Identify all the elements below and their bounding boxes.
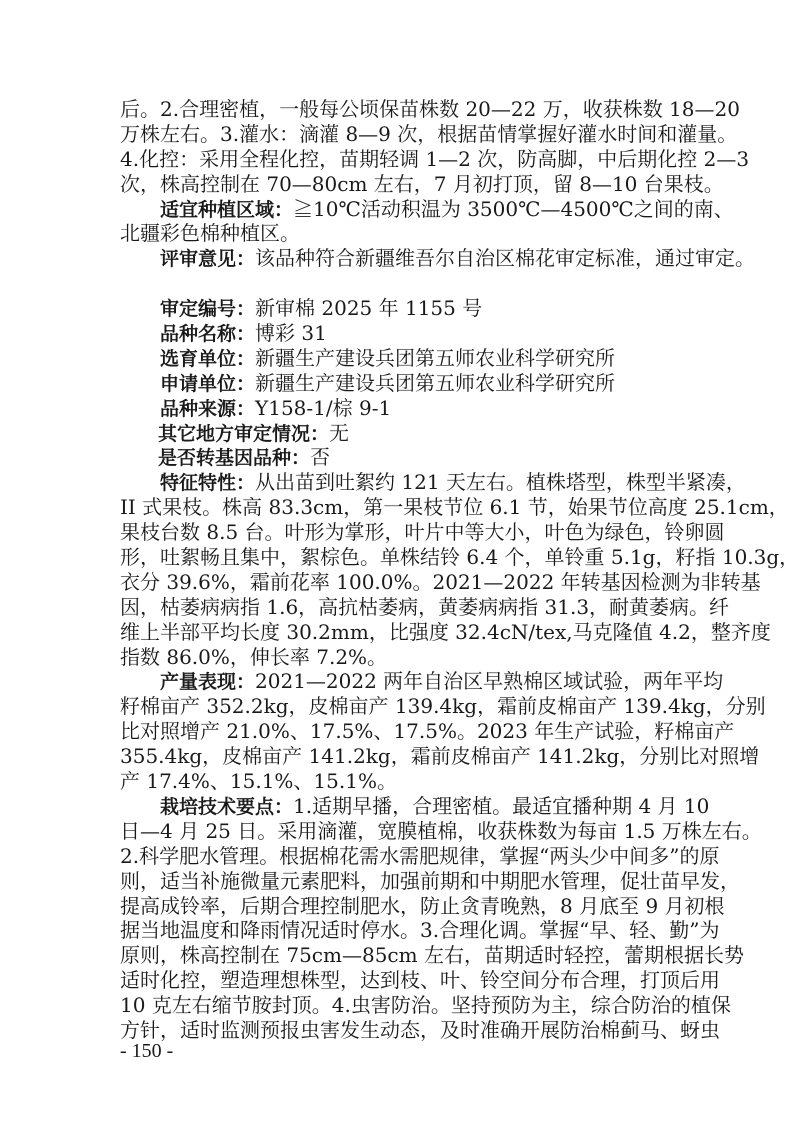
approval-no-value: 新审棉 2025 年 1155 号 [255,296,482,320]
text-line: 适宜种植区域：≧10℃活动积温为 3500℃—4500℃之间的南、 [120,197,673,222]
prev-cultivation-tail: 后。2.合理密植，一般每公顷保苗株数 20—22 万，收获株数 18—20 万株… [120,97,673,197]
text-line: 万株左右。3.灌水：滴灌 8—9 次，根据苗情掌握好灌水时间和灌量。 [120,122,673,147]
variety-name-value: 博彩 31 [255,321,327,345]
text-line: 2.科学肥水管理。根据棉花需水需肥规律，掌握“两头少中间多”的原 [120,844,673,869]
text-line: 据当地温度和降雨情况适时停水。3.合理化调。掌握“早、轻、勤”为 [120,918,673,943]
page-number: - 150 - [120,1040,173,1063]
other-approval-label: 其它地方审定情况： [158,423,329,445]
text-line: 产量表现：2021—2022 两年自治区早熟棉区域试验，两年平均 [120,669,673,694]
breeder-value: 新疆生产建设兵团第五师农业科学研究所 [255,346,615,370]
source-row: 品种来源：Y158-1/棕 9-1 [120,396,673,421]
review-label: 评审意见： [160,248,255,270]
text-line: 则，适当补施微量元素肥料，加强前期和中期肥水管理，促壮苗早发， [120,869,673,894]
text-line: II 式果枝。株高 83.3cm，第一果枝节位 6.1 节，始果节位高度 25.… [120,495,673,520]
text-span: 从出苗到吐絮约 121 天左右。植株塔型，株型半紧凑， [255,470,746,494]
text-line: 因，枯萎病病指 1.6，高抗枯萎病，黄萎病病指 31.3，耐黄萎病。纤 [120,595,673,620]
text-line: 4.化控：采用全程化控，苗期轻调 1—2 次，防高脚，中后期化控 2—3 [120,147,673,172]
breeder-row: 选育单位：新疆生产建设兵团第五师农业科学研究所 [120,346,673,371]
applicant-row: 申请单位：新疆生产建设兵团第五师农业科学研究所 [120,371,673,396]
text-line: 355.4kg，皮棉亩产 141.2kg，霜前皮棉亩产 141.2kg，分别比对… [120,744,673,769]
text-line: 果枝台数 8.5 台。叶形为掌形，叶片中等大小，叶色为绿色，铃卵圆 [120,520,673,545]
text-line: 栽培技术要点：1.适期早播，合理密植。最适宜播种期 4 月 10 [120,794,673,819]
text-line: 衣分 39.6%，霜前花率 100.0%。2021—2022 年转基因检测为非转… [120,570,673,595]
text-line: 形，吐絮畅且集中，絮棕色。单株结铃 6.4 个，单铃重 5.1g，籽指 10.3… [120,545,673,570]
review-text: 该品种符合新疆维吾尔自治区棉花审定标准，通过审定。 [255,246,755,270]
transgenic-value: 否 [310,445,330,469]
text-span: 1.适期早播，合理密植。最适宜播种期 4 月 10 [293,794,709,818]
region-text: ≧10℃活动积温为 3500℃—4500℃之间的南、 [293,197,734,221]
review-paragraph: 评审意见：该品种符合新疆维吾尔自治区棉花审定标准，通过审定。 [120,246,673,271]
text-line: 指数 86.0%，伸长率 7.2%。 [120,645,673,670]
text-line: 10 克左右缩节胺封顶。4.虫害防治。坚持预防为主，综合防治的植保 [120,993,673,1018]
region-paragraph: 适宜种植区域：≧10℃活动积温为 3500℃—4500℃之间的南、 北疆彩色棉种… [120,197,673,247]
other-approval-value: 无 [329,421,349,445]
breeder-label: 选育单位： [160,348,255,370]
variety-name-label: 品种名称： [160,323,255,345]
cultivation-label: 栽培技术要点： [160,796,293,818]
source-label: 品种来源： [160,398,255,420]
characteristics-paragraph: 特征特性：从出苗到吐絮约 121 天左右。植株塔型，株型半紧凑， II 式果枝。… [120,470,673,669]
transgenic-row: 是否转基因品种：否 [120,445,673,470]
approval-no-row: 审定编号：新审棉 2025 年 1155 号 [120,296,673,321]
applicant-value: 新疆生产建设兵团第五师农业科学研究所 [255,371,615,395]
yield-label: 产量表现： [160,671,255,693]
text-line: 日—4 月 25 日。采用滴灌，宽膜植棉，收获株数为每亩 1.5 万株左右。 [120,819,673,844]
variety-name-row: 品种名称：博彩 31 [120,321,673,346]
document-page: 后。2.合理密植，一般每公顷保苗株数 20—22 万，收获株数 18—20 万株… [120,97,673,1043]
applicant-label: 申请单位： [160,373,255,395]
other-approval-row: 其它地方审定情况：无 [120,421,673,446]
approval-no-label: 审定编号： [160,298,255,320]
entry-header: 审定编号：新审棉 2025 年 1155 号 品种名称：博彩 31 选育单位：新… [120,296,673,470]
text-line: 特征特性：从出苗到吐絮约 121 天左右。植株塔型，株型半紧凑， [120,470,673,495]
text-line: 维上半部平均长度 30.2mm，比强度 32.4cN/tex,马克隆值 4.2，… [120,620,673,645]
text-span: 2021—2022 两年自治区早熟棉区域试验，两年平均 [255,669,723,693]
text-line: 产 17.4%、15.1%、15.1%。 [120,769,673,794]
text-line: 提高成铃率，后期合理控制肥水，防止贪青晚熟，8 月底至 9 月初根 [120,894,673,919]
text-line: 比对照增产 21.0%、17.5%、17.5%。2023 年生产试验，籽棉亩产 [120,719,673,744]
cultivation-paragraph: 栽培技术要点：1.适期早播，合理密植。最适宜播种期 4 月 10 日—4 月 2… [120,794,673,1043]
text-line: 方针，适时监测预报虫害发生动态，及时准确开展防治棉蓟马、蚜虫 [120,1018,673,1043]
text-line: 后。2.合理密植，一般每公顷保苗株数 20—22 万，收获株数 18—20 [120,97,673,122]
region-label: 适宜种植区域： [160,199,293,221]
source-value: Y158-1/棕 9-1 [255,396,391,420]
text-line: 籽棉亩产 352.2kg，皮棉亩产 139.4kg，霜前皮棉亩产 139.4kg… [120,694,673,719]
characteristics-label: 特征特性： [160,472,255,494]
yield-paragraph: 产量表现：2021—2022 两年自治区早熟棉区域试验，两年平均 籽棉亩产 35… [120,669,673,793]
text-line: 评审意见：该品种符合新疆维吾尔自治区棉花审定标准，通过审定。 [120,246,673,271]
text-line: 北疆彩色棉种植区。 [120,221,673,246]
blank-line [120,271,673,296]
text-line: 原则，株高控制在 75cm—85cm 左右，苗期适时轻控，蕾期根据长势 [120,943,673,968]
text-line: 适时化控，塑造理想株型，达到枝、叶、铃空间分布合理，打顶后用 [120,968,673,993]
text-line: 次，株高控制在 70—80cm 左右，7 月初打顶，留 8—10 台果枝。 [120,172,673,197]
transgenic-label: 是否转基因品种： [158,447,310,469]
